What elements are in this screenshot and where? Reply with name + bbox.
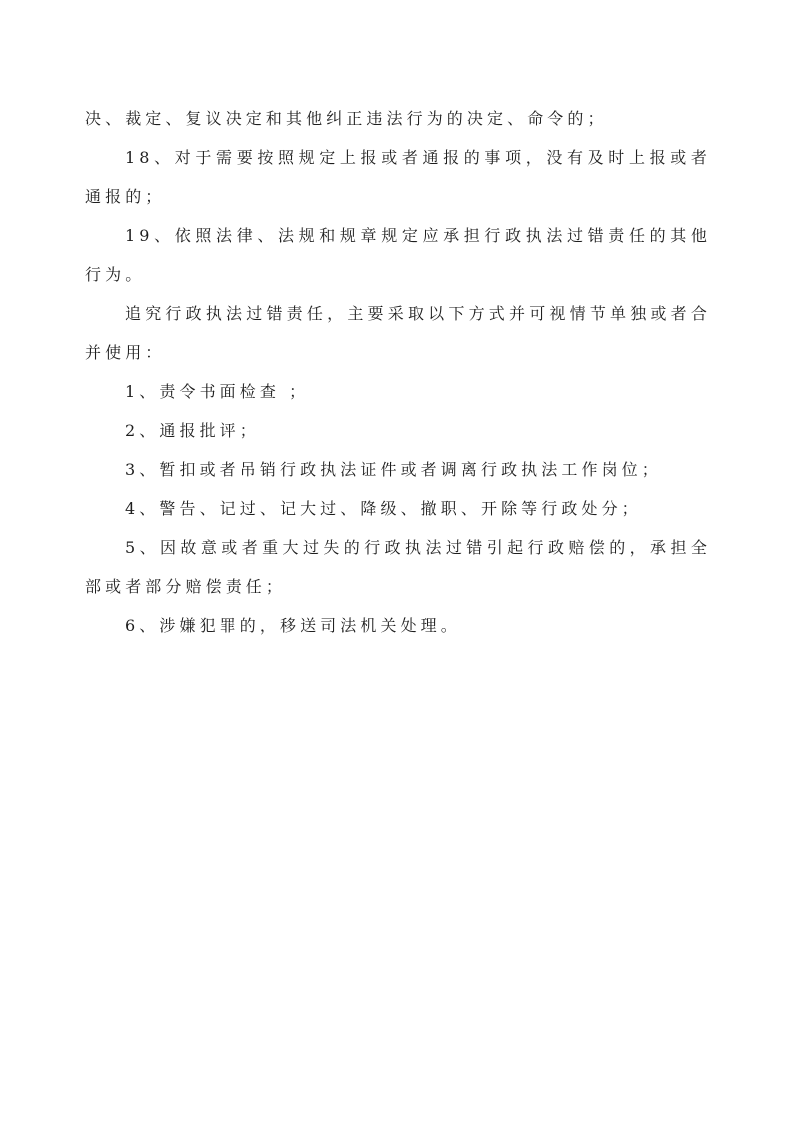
list-item-1: 1、责令书面检查 ； [85, 372, 711, 411]
paragraph-accountability-intro: 追究行政执法过错责任，主要采取以下方式并可视情节单独或者合并使用： [85, 294, 711, 372]
document-page: 决、裁定、复议决定和其他纠正违法行为的决定、命令的； 18、对于需要按照规定上报… [85, 99, 711, 645]
paragraph-continuation: 决、裁定、复议决定和其他纠正违法行为的决定、命令的； [85, 99, 711, 138]
list-item-5: 5、因故意或者重大过失的行政执法过错引起行政赔偿的，承担全部或者部分赔偿责任； [85, 528, 711, 606]
list-item-3: 3、暂扣或者吊销行政执法证件或者调离行政执法工作岗位； [85, 450, 711, 489]
list-item-4: 4、警告、记过、记大过、降级、撤职、开除等行政处分； [85, 489, 711, 528]
list-item-2: 2、通报批评； [85, 411, 711, 450]
paragraph-item-18: 18、对于需要按照规定上报或者通报的事项，没有及时上报或者通报的； [85, 138, 711, 216]
list-item-6: 6、涉嫌犯罪的，移送司法机关处理。 [85, 606, 711, 645]
paragraph-item-19: 19、依照法律、法规和规章规定应承担行政执法过错责任的其他行为。 [85, 216, 711, 294]
